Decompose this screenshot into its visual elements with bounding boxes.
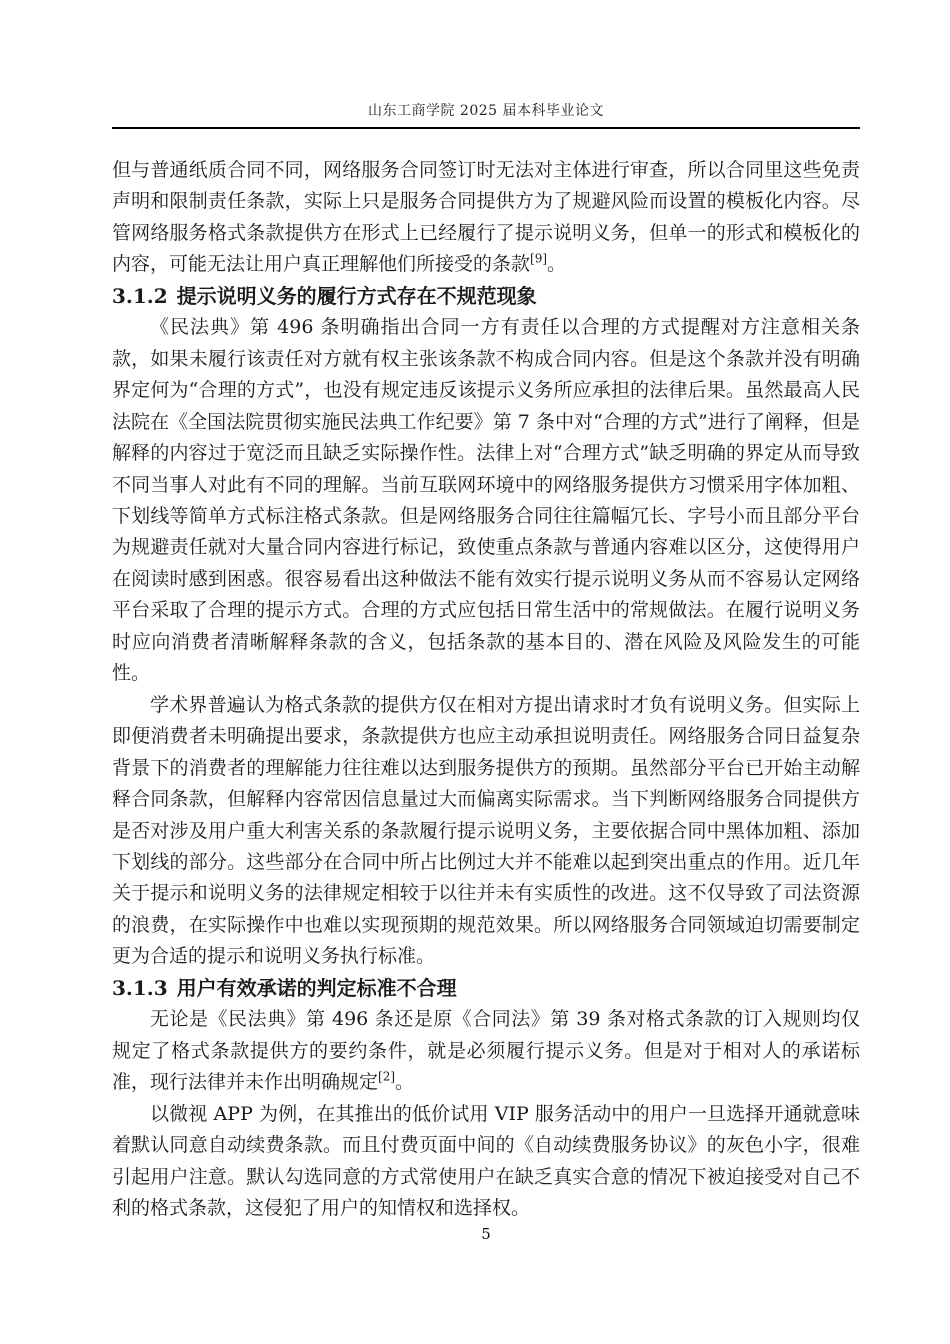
body-paragraph: 以微视 APP 为例，在其推出的低价试用 VIP 服务活动中的用户一旦选择开通就… (112, 1099, 860, 1225)
heading-number: 3.1.3 (112, 976, 168, 1000)
intro-paragraph-text: 但与普通纸质合同不同，网络服务合同签订时无法对主体进行审查，所以合同里这些免责声… (112, 159, 860, 275)
body-paragraph: 无论是《民法典》第 496 条还是原《合同法》第 39 条对格式条款的订入规则均… (112, 1004, 860, 1098)
section-heading-3-1-2: 3.1.2提示说明义务的履行方式存在不规范现象 (112, 281, 860, 312)
heading-title: 提示说明义务的履行方式存在不规范现象 (177, 284, 537, 308)
heading-title: 用户有效承诺的判定标准不合理 (177, 976, 457, 1000)
running-header: 山东工商学院 2025 届本科毕业论文 (112, 102, 860, 129)
paragraph-text: 无论是《民法典》第 496 条还是原《合同法》第 39 条对格式条款的订入规则均… (112, 1008, 860, 1093)
footnote-ref-2: [2] (378, 1070, 395, 1084)
paragraph-end: 。 (395, 1071, 414, 1093)
running-header-title: 山东工商学院 2025 届本科毕业论文 (368, 103, 604, 119)
page-number: 5 (481, 1225, 491, 1243)
heading-number: 3.1.2 (112, 284, 168, 308)
page-footer: 5 (112, 1224, 860, 1243)
section-heading-3-1-3: 3.1.3用户有效承诺的判定标准不合理 (112, 973, 860, 1004)
document-page: 山东工商学院 2025 届本科毕业论文 但与普通纸质合同不同，网络服务合同签订时… (0, 0, 950, 1344)
intro-paragraph-end: 。 (547, 253, 566, 275)
intro-paragraph: 但与普通纸质合同不同，网络服务合同签订时无法对主体进行审查，所以合同里这些免责声… (112, 155, 860, 281)
body-paragraph: 学术界普遍认为格式条款的提供方仅在相对方提出请求时才负有说明义务。但实际上即便消… (112, 690, 860, 973)
page-content: 山东工商学院 2025 届本科毕业论文 但与普通纸质合同不同，网络服务合同签订时… (112, 102, 860, 1224)
footnote-ref-9: [9] (530, 252, 547, 266)
body-paragraph: 《民法典》第 496 条明确指出合同一方有责任以合理的方式提醒对方注意相关条款，… (112, 312, 860, 689)
document-body: 但与普通纸质合同不同，网络服务合同签订时无法对主体进行审查，所以合同里这些免责声… (112, 155, 860, 1224)
